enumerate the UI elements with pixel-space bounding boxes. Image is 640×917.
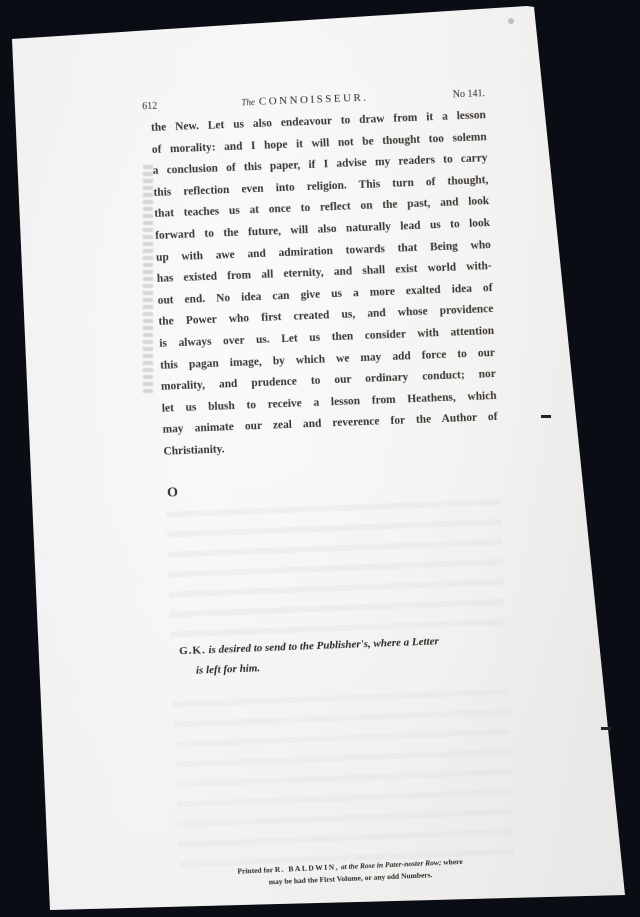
bleed-through-text — [143, 165, 153, 395]
section-mark: O — [167, 472, 500, 501]
body-paragraph: the New. Let us also endeavour to draw f… — [151, 105, 499, 463]
binding-thread — [601, 727, 611, 730]
page-number: 612 — [142, 101, 157, 113]
issue-number: No 141. — [453, 88, 486, 100]
faded-show-through — [166, 498, 506, 641]
paper-spot — [508, 18, 514, 24]
page-text-block: 612 TheCONNOISSEUR. No 141. the New. Let… — [150, 87, 514, 871]
publisher-name: R. BALDWIN, — [275, 862, 340, 874]
faded-show-through — [173, 688, 514, 871]
notice-initials: G.K. — [179, 644, 206, 657]
binding-thread — [541, 415, 551, 418]
